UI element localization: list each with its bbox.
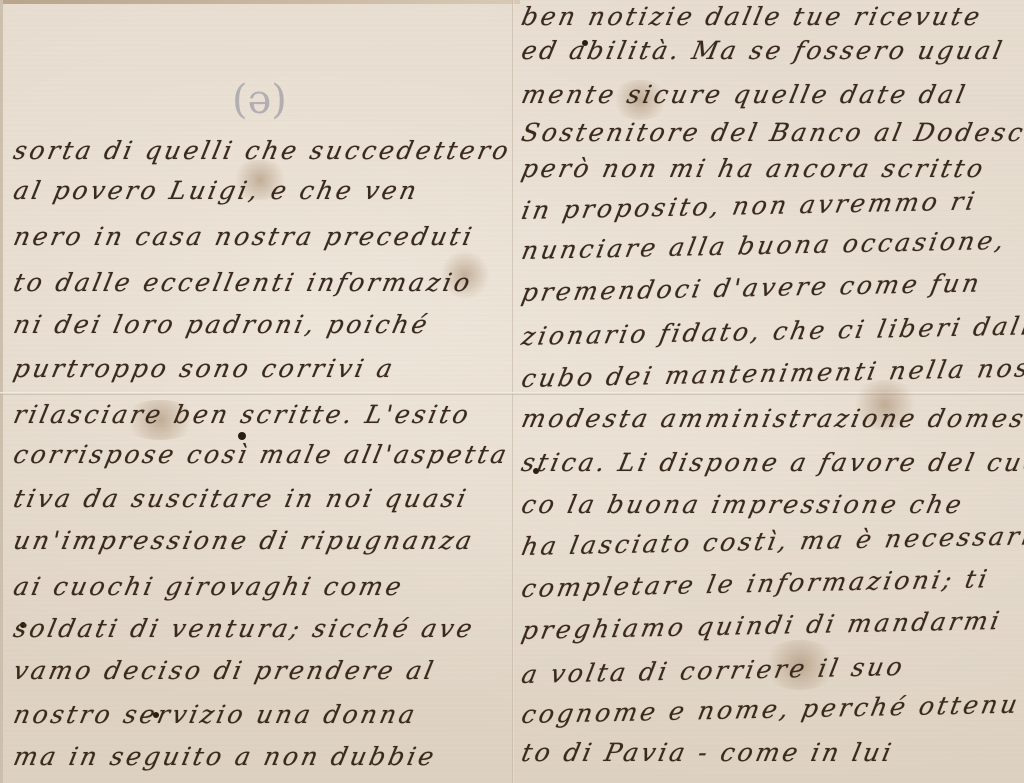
letter-scan: (ə) sorta di quelli che succedettero al …: [0, 0, 1024, 783]
handwritten-line: modesta amministrazione domestica.: [519, 404, 1024, 433]
handwritten-line: zionario fidato, che ci liberi dall'in: [519, 311, 1024, 351]
handwritten-line: cognome e nome, perché ottenu: [519, 690, 1022, 729]
handwritten-line: un'impressione di ripugnanza: [11, 526, 477, 555]
handwritten-line: al povero Luigi, e che ven: [11, 176, 422, 205]
handwritten-line: nero in casa nostra preceduti: [11, 222, 477, 251]
handwritten-line: stica. Li dispone a favore del cuo: [519, 448, 1024, 477]
handwritten-line: premendoci d'avere come fun: [519, 268, 984, 307]
handwritten-line: rilasciare ben scritte. L'esito: [11, 400, 474, 429]
ink-blot: [238, 432, 246, 440]
paper-top-edge: [0, 0, 520, 4]
handwritten-line: co la buona impressione che: [519, 490, 967, 519]
handwritten-line: Sostenitore del Banco al Dodesche: [519, 118, 1024, 147]
handwritten-line: nunciare alla buona occasione,: [519, 226, 1009, 265]
handwritten-line: preghiamo quindi di mandarmi: [519, 606, 1004, 645]
handwritten-line: ni dei loro padroni, poiché: [11, 310, 433, 339]
handwritten-line: corrispose così male all'aspetta: [11, 440, 512, 469]
handwritten-line: a volta di corriere il suo: [519, 652, 907, 689]
handwritten-line: in proposito, non avremmo ri: [519, 187, 980, 225]
handwritten-line: mente sicure quelle date dal: [519, 80, 970, 109]
handwritten-line: tiva da suscitare in noi quasi: [11, 484, 471, 513]
handwritten-line: ai cuochi girovaghi come: [11, 572, 407, 601]
handwritten-line: to di Pavia - come in lui: [519, 738, 897, 767]
handwritten-line: nostro servizio una donna: [11, 700, 420, 729]
handwritten-line: purtroppo sono corrivi a: [11, 354, 398, 383]
handwritten-line: vamo deciso di prendere al: [11, 656, 439, 685]
handwritten-line: sorta di quelli che succedettero: [11, 136, 514, 165]
handwritten-line: ben notizie dalle tue ricevute: [519, 2, 985, 31]
handwritten-line: completare le informazioni; ti: [519, 564, 992, 603]
handwritten-line: però non mi ha ancora scritto: [519, 154, 989, 183]
handwritten-line: ha lasciato costì, ma è necessario: [519, 521, 1024, 561]
handwritten-line: ed abilità. Ma se fossero ugual: [519, 36, 1007, 65]
paper-watermark-icon: (ə): [232, 78, 266, 122]
handwritten-line: cubo dei mantenimenti nella nostra: [519, 352, 1024, 393]
handwritten-line: ma in seguito a non dubbie: [11, 742, 439, 771]
handwritten-line: soldati di ventura; sicché ave: [11, 614, 478, 643]
handwritten-line: to dalle eccellenti informazio: [11, 268, 476, 297]
